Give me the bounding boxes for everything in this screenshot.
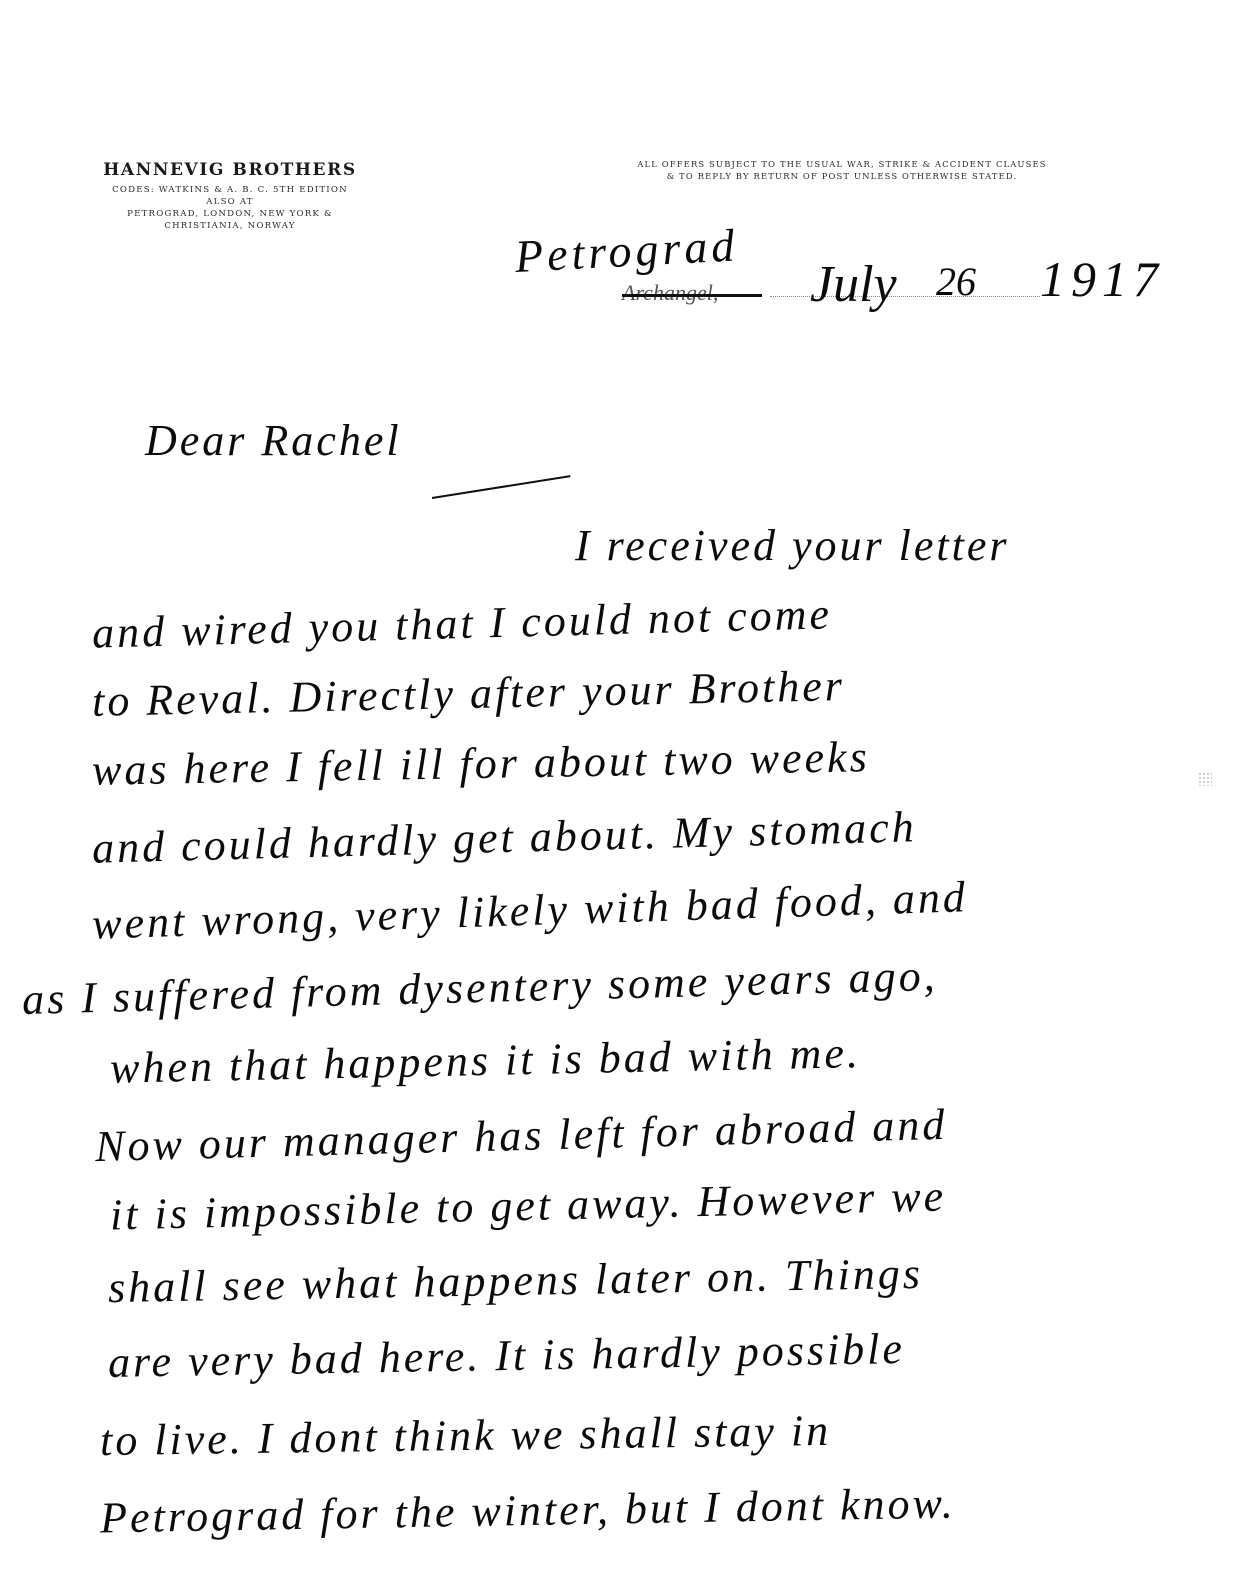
terms-line-2: & TO REPLY BY RETURN OF POST UNLESS OTHE…	[562, 170, 1122, 182]
letterhead-left: HANNEVIG BROTHERS CODES: WATKINS & A. B.…	[50, 160, 410, 232]
body-line: was here I fell ill for about two weeks	[92, 731, 871, 796]
letterhead-terms: ALL OFFERS SUBJECT TO THE USUAL WAR, STR…	[562, 158, 1122, 182]
body-line: and wired you that I could not come	[91, 588, 832, 658]
office-locations-line-1: PETROGRAD, LONDON, NEW YORK &	[50, 208, 410, 220]
also-at-label: ALSO AT	[50, 196, 410, 208]
telegraph-codes: CODES: WATKINS & A. B. C. 5TH EDITION	[50, 184, 410, 196]
body-line: went wrong, very likely with bad food, a…	[91, 871, 968, 949]
body-line: it is impossible to get away. However we	[110, 1171, 947, 1241]
body-line: I received your letter	[575, 520, 1010, 571]
body-line: shall see what happens later on. Things	[108, 1248, 924, 1313]
salutation-flourish	[432, 475, 571, 499]
body-line: to live. I dont think we shall stay in	[100, 1405, 832, 1466]
dateline-place: Petrograd	[514, 218, 740, 283]
letter-page: HANNEVIG BROTHERS CODES: WATKINS & A. B.…	[0, 0, 1242, 1575]
office-locations-line-2: CHRISTIANIA, NORWAY	[50, 220, 410, 232]
body-line: are very bad here. It is hardly possible	[108, 1323, 906, 1388]
body-line: Petrograd for the winter, but I dont kno…	[100, 1478, 956, 1544]
body-line: when that happens it is bad with me.	[110, 1027, 862, 1094]
body-line: to Reval. Directly after your Brother	[92, 660, 846, 727]
dateline-day: 26	[936, 258, 976, 305]
body-line: Now our manager has left for abroad and	[94, 1099, 947, 1172]
strikethrough-line	[622, 294, 762, 297]
company-name: HANNEVIG BROTHERS	[50, 160, 410, 180]
scan-speckle	[1198, 772, 1212, 786]
dateline-struck-place: Archangel,	[622, 280, 718, 306]
body-line: and could hardly get about. My stomach	[91, 801, 917, 874]
salutation: Dear Rachel	[145, 415, 402, 466]
dateline-month: July	[810, 255, 897, 314]
body-line: as I suffered from dysentery some years …	[21, 950, 938, 1025]
dateline-year: 1917	[1040, 250, 1164, 308]
terms-line-1: ALL OFFERS SUBJECT TO THE USUAL WAR, STR…	[562, 158, 1122, 170]
